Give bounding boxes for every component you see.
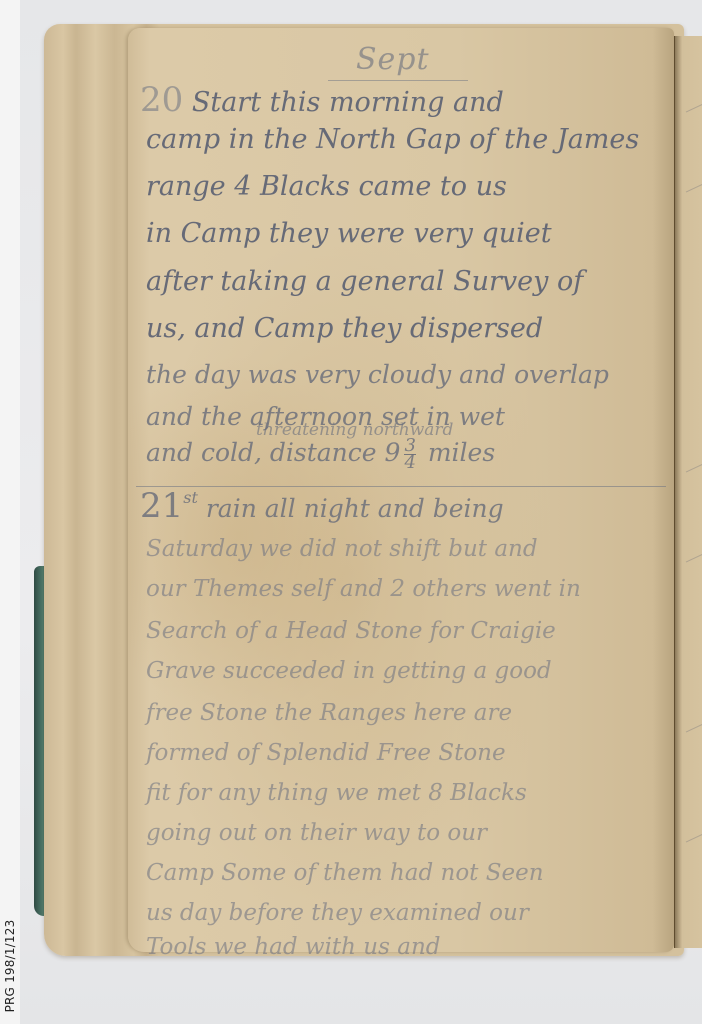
entry-line: formed of Splendid Free Stone	[146, 740, 506, 766]
entry-text: Start this morning and	[192, 87, 504, 118]
entry-line: fit for any thing we met 8 Blacks	[146, 780, 527, 806]
entry-text: rain all night and being	[206, 494, 504, 523]
entry-line: Search of a Head Stone for Craigie	[146, 618, 556, 644]
facing-page-mark	[686, 831, 702, 844]
facing-page-mark	[686, 461, 702, 474]
facing-page-mark	[686, 101, 702, 114]
entry-text: and cold, distance 9	[146, 438, 400, 467]
entry-line: 20 Start this morning and	[140, 80, 504, 120]
distance-fraction: 34	[404, 438, 415, 471]
catalog-label: PRG 198/1/123	[3, 920, 17, 1013]
entry-line: us day before they examined our	[146, 900, 529, 926]
catalog-strip: PRG 198/1/123	[0, 0, 20, 1024]
entry-line: in Camp they were very quiet	[146, 218, 552, 249]
entry-text: miles	[428, 438, 495, 467]
entry-day: 20	[140, 80, 183, 120]
entry-line: the day was very cloudy and overlap	[146, 360, 609, 389]
entry-line: 21st rain all night and being	[140, 486, 504, 526]
entry-line: going out on their way to our	[146, 820, 487, 846]
facing-page-mark	[686, 181, 702, 194]
entry-line: camp in the North Gap of the James	[146, 124, 639, 155]
month-heading: Sept	[356, 42, 430, 77]
facing-page-mark	[686, 551, 702, 564]
fraction-denominator: 4	[404, 455, 415, 471]
entry-line: Camp Some of them had not Seen	[146, 860, 544, 886]
entry-line: Tools we had with us and	[146, 934, 440, 960]
entry-line: free Stone the Ranges here are	[146, 700, 512, 726]
facing-page-mark	[686, 721, 702, 734]
entry-line-distance: and cold, distance 934 miles	[146, 438, 495, 471]
entry-line: after taking a general Survey of	[146, 266, 583, 297]
entry-line: our Themes self and 2 others went in	[146, 576, 581, 602]
journal-page: Sept 20 Start this morning and camp in t…	[128, 28, 674, 952]
entry-line: Saturday we did not shift but and	[146, 536, 538, 562]
entry-day-suffix: st	[183, 488, 198, 507]
interlinear-note: threatening northward	[256, 420, 453, 440]
entry-line: Grave succeeded in getting a good	[146, 658, 552, 684]
entry-line: us, and Camp they dispersed	[146, 313, 543, 344]
entry-line: range 4 Blacks came to us	[146, 171, 507, 202]
facing-page-edge	[674, 36, 702, 948]
entry-day: 21	[140, 486, 183, 526]
